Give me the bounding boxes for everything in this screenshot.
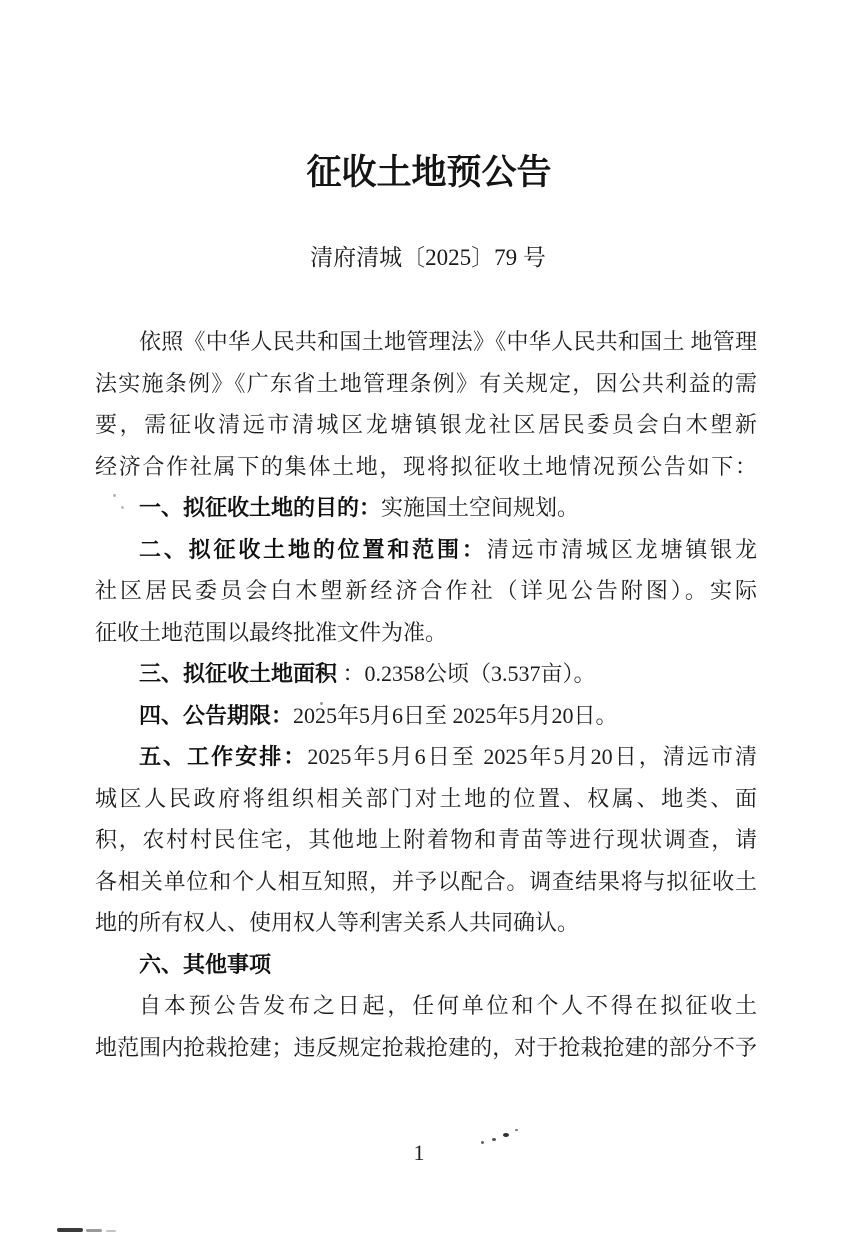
line-text: 要，需征收清远市清城区龙塘镇银龙社区居民委员会白木塱新 [95, 412, 757, 437]
document-line: 依照《中华人民共和国土地管理法》《中华人民共和国土 地管理 [95, 321, 757, 363]
document-body: 依照《中华人民共和国土地管理法》《中华人民共和国土 地管理法实施条例》《广东省土… [95, 321, 757, 1068]
line-text: 2025年5月6日至 2025年5月20日。 [293, 703, 618, 728]
line-text: 积，农村村民住宅，其他地上附着物和青苗等进行现状调查，请 [95, 827, 757, 852]
document-line: 社区居民委员会白木塱新经济合作社（详见公告附图）。实际 [95, 570, 757, 612]
scan-speck [481, 1141, 484, 1144]
scan-speck [503, 1133, 509, 1137]
document-line: 各相关单位和个人相互知照，并予以配合。调查结果将与拟征收土 [95, 861, 757, 903]
line-text: 法实施条例》《广东省土地管理条例》有关规定，因公共利益的需 [95, 371, 757, 396]
line-text: 2025年5月6日至 2025年5月20日，清远市清 [307, 744, 757, 769]
document-line: 经济合作社属下的集体土地，现将拟征收土地情况预公告如下： [95, 446, 757, 488]
line-text: 经济合作社属下的集体土地，现将拟征收土地情况预公告如下： [95, 454, 757, 479]
item-heading-text: 三、拟征收土地面积 [139, 661, 337, 686]
scanned-document-page: 征收土地预公告 清府清城〔2025〕79 号 依照《中华人民共和国土地管理法》《… [0, 0, 850, 1234]
line-text: 地范围内抢栽抢建；违反规定抢栽抢建的，对于抢栽抢建的部分不予 [95, 1035, 757, 1060]
item-heading-text: 四、公告期限： [139, 703, 293, 728]
document-line: 自本预公告发布之日起，任何单位和个人不得在拟征收土 [95, 985, 757, 1027]
line-text: 征收土地范围以最终批准文件为准。 [95, 620, 447, 645]
line-text: 社区居民委员会白木塱新经济合作社（详见公告附图）。实际 [95, 578, 757, 603]
document-line: 一、拟征收土地的目的：实施国土空间规划。 [95, 487, 757, 529]
document-line: 六、其他事项 [95, 944, 757, 986]
item-heading-text: 一、拟征收土地的目的： [139, 495, 381, 520]
scan-speck [492, 1138, 496, 1141]
line-text: 地的所有权人、使用权人等利害关系人共同确认。 [95, 910, 579, 935]
scan-speck [113, 494, 116, 497]
item-heading-text: 二、拟征收土地的位置和范围： [139, 537, 487, 562]
line-text: ：0.2358公顷（3.537亩）。 [337, 661, 596, 686]
line-text: 依照《中华人民共和国土地管理法》《中华人民共和国土 地管理 [139, 329, 757, 354]
document-line: 法实施条例》《广东省土地管理条例》有关规定，因公共利益的需 [95, 363, 757, 405]
document-line: 四、公告期限：2025年5月6日至 2025年5月20日。 [95, 695, 757, 737]
line-text: 城区人民政府将组织相关部门对土地的位置、权属、地类、面 [95, 786, 757, 811]
document-line: 三、拟征收土地面积 ：0.2358公顷（3.537亩）。 [95, 653, 757, 695]
document-title: 征收土地预公告 [8, 150, 850, 196]
scan-smudge [106, 1230, 116, 1232]
scan-smudge [57, 1228, 83, 1232]
document-line: 城区人民政府将组织相关部门对土地的位置、权属、地类、面 [95, 778, 757, 820]
scan-speck [121, 506, 124, 509]
scan-smudge [86, 1229, 102, 1232]
line-text: 清远市清城区龙塘镇银龙 [487, 537, 757, 562]
document-number: 清府清城〔2025〕79 号 [6, 241, 850, 275]
line-text: 实施国土空间规划。 [381, 495, 579, 520]
document-line: 要，需征收清远市清城区龙塘镇银龙社区居民委员会白木塱新 [95, 404, 757, 446]
document-line: 二、拟征收土地的位置和范围：清远市清城区龙塘镇银龙 [95, 529, 757, 571]
document-line: 地范围内抢栽抢建；违反规定抢栽抢建的，对于抢栽抢建的部分不予 [95, 1027, 757, 1069]
document-line: 五、工作安排：2025年5月6日至 2025年5月20日，清远市清 [95, 736, 757, 778]
item-heading-text: 六、其他事项 [139, 952, 271, 977]
page-number: 1 [404, 1141, 434, 1165]
item-heading-text: 五、工作安排： [139, 744, 307, 769]
document-line: 征收土地范围以最终批准文件为准。 [95, 612, 757, 654]
line-text: 各相关单位和个人相互知照，并予以配合。调查结果将与拟征收土 [95, 869, 757, 894]
scan-speck [320, 702, 323, 705]
scan-speck [515, 1129, 518, 1131]
line-text: 自本预公告发布之日起，任何单位和个人不得在拟征收土 [139, 993, 757, 1018]
document-line: 地的所有权人、使用权人等利害关系人共同确认。 [95, 902, 757, 944]
document-line: 积，农村村民住宅，其他地上附着物和青苗等进行现状调查，请 [95, 819, 757, 861]
